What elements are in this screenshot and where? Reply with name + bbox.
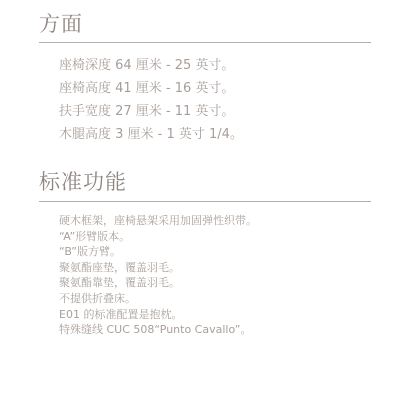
- features-list: 硬木框架，座椅悬架采用加固弹性织带。 “A”形臂版本。 “B”版方臂。 聚氨酯座…: [39, 213, 371, 338]
- feature-item-b-arm: “B”版方臂。: [59, 244, 371, 260]
- dimensions-title: 方面: [39, 10, 371, 38]
- features-section: 标准功能 硬木框架，座椅悬架采用加固弹性织带。 “A”形臂版本。 “B”版方臂。…: [39, 168, 371, 338]
- feature-item-a-arm: “A”形臂版本。: [59, 229, 371, 245]
- features-title: 标准功能: [39, 168, 371, 196]
- dimension-item-seat-height: 座椅高度 41 厘米 - 16 英寸。: [59, 77, 371, 100]
- dimension-item-arm-width: 扶手宽度 27 厘米 - 11 英寸。: [59, 100, 371, 123]
- dimension-item-leg-height: 木腿高度 3 厘米 - 1 英寸 1/4。: [59, 123, 371, 146]
- feature-item-frame: 硬木框架，座椅悬架采用加固弹性织带。: [59, 213, 371, 229]
- dimension-item-seat-depth: 座椅深度 64 厘米 - 25 英寸。: [59, 54, 371, 77]
- features-divider: [39, 201, 371, 202]
- feature-item-seat-cushion: 聚氨酯座垫，覆盖羽毛。: [59, 260, 371, 276]
- dimensions-divider: [39, 42, 371, 43]
- feature-item-stitching: 特殊缝线 CUC 508“Punto Cavallo”。: [59, 322, 371, 338]
- feature-item-pillow: E01 的标准配置是抱枕。: [59, 307, 371, 323]
- feature-item-no-sofabed: 不提供折叠床。: [59, 291, 371, 307]
- feature-item-back-cushion: 聚氨酯靠垫，覆盖羽毛。: [59, 275, 371, 291]
- dimensions-list: 座椅深度 64 厘米 - 25 英寸。 座椅高度 41 厘米 - 16 英寸。 …: [39, 54, 371, 146]
- dimensions-section: 方面 座椅深度 64 厘米 - 25 英寸。 座椅高度 41 厘米 - 16 英…: [39, 10, 371, 146]
